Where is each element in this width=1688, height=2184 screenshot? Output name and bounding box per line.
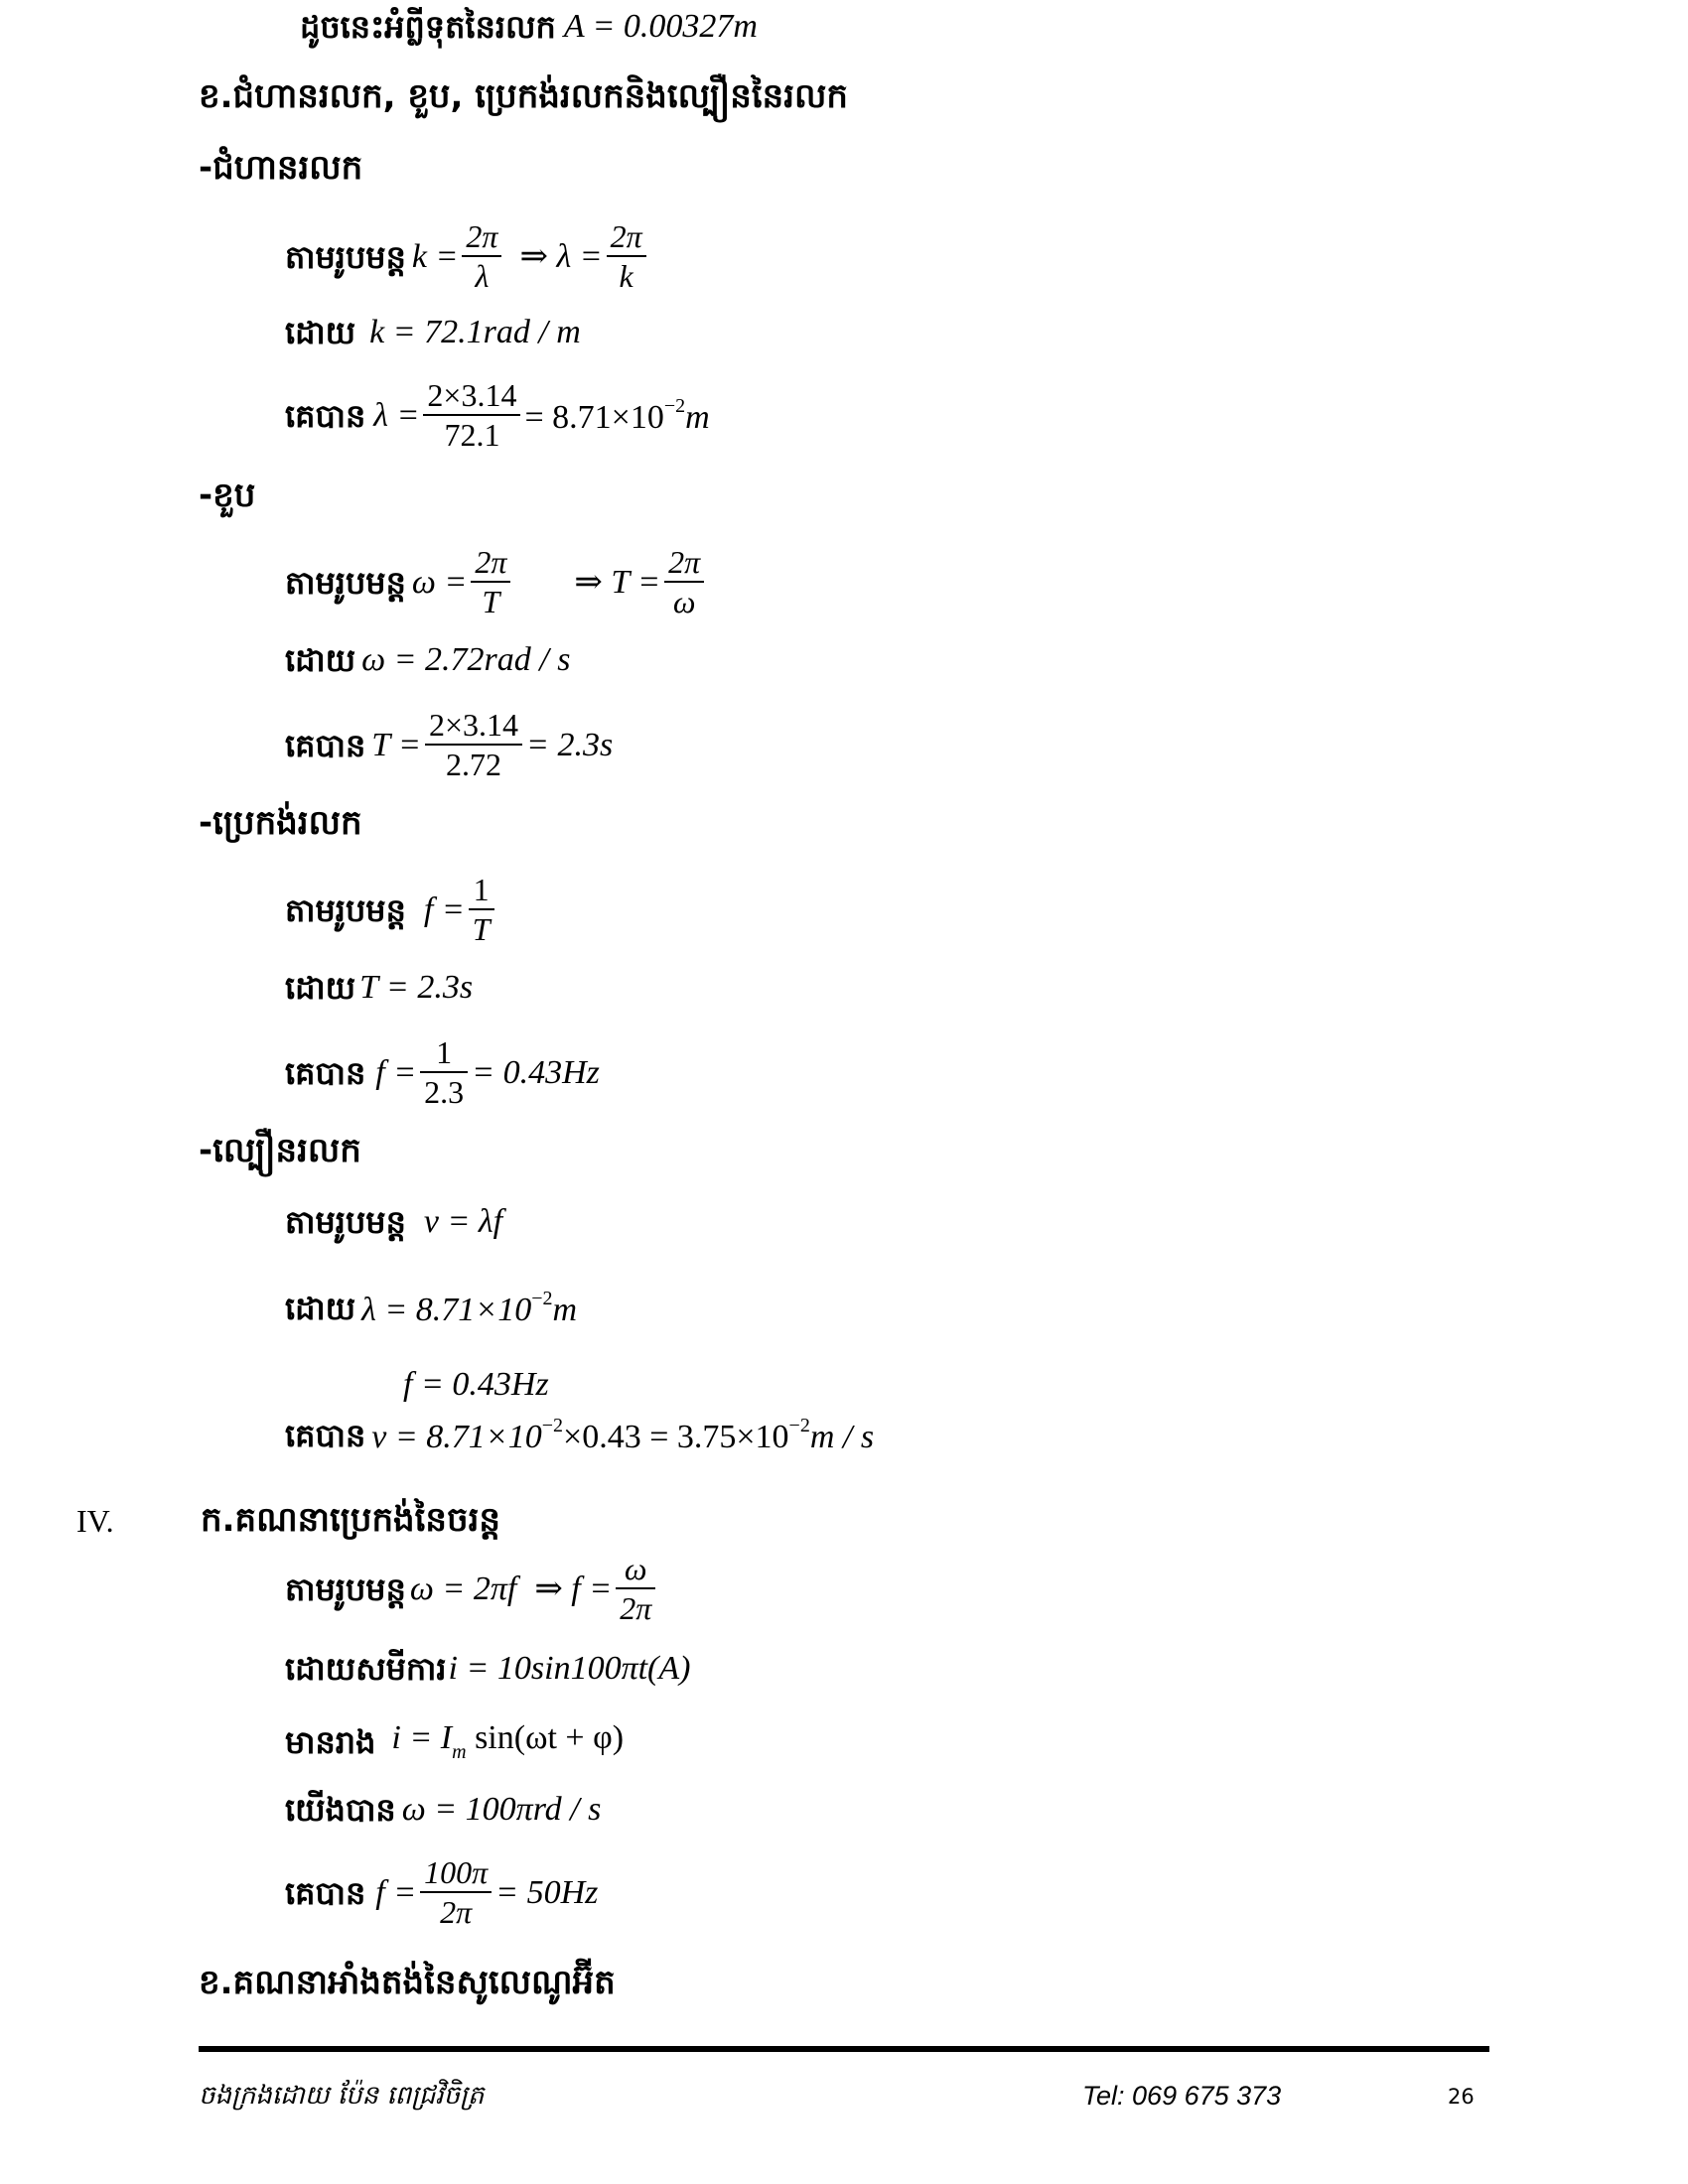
result-part: v = 8.71×10 [371,1419,541,1455]
fraction: 2πλ [462,218,501,295]
result-rhs: = 2.3s [526,729,613,762]
exponent: −2 [789,1415,810,1436]
equation-label: ដោយសមីការ [285,1653,447,1685]
formula-value: v = λf [424,1205,502,1239]
given-value: λ = 8.71×10 [361,1292,531,1328]
problem4-equation: ដោយសមីការ i = 10sin100πt(A) [285,1652,690,1686]
result-label: គេបាន [285,1877,365,1909]
speed-given-frequency: f = 0.43Hz [403,1368,549,1402]
problem4-heading-a: ក.គណនាប្រេកង់នៃចរន្ត [201,1503,500,1537]
problem4-heading-b: ខ.គណនាអាំងតង់នៃសូលេណូអ៊ីត [199,1966,616,1999]
form-part: i = I [391,1719,452,1756]
given-value: T = 2.3s [359,971,473,1005]
problem4-result: គេបាន f = 100π2π = 50Hz [285,1854,598,1931]
result-lhs: f = [375,1876,416,1910]
fraction: 2πω [664,544,704,620]
problem4-form: មានរាង i = Im sin(ωt + φ) [285,1721,624,1762]
result-rhs: = 0.43Hz [472,1056,600,1090]
frequency-heading: -ប្រេកង់រលក [199,806,362,840]
period-heading: -ខួប [199,478,255,512]
exponent: −2 [531,1288,552,1309]
given-label: ដោយ [285,317,355,348]
formula-lhs: k = [412,240,459,274]
wavelength-result: គេបាន λ = 2×3.1472.1 = 8.71×10−2m [285,377,710,454]
problem-number: IV. [76,1505,114,1537]
fraction: 100π2π [420,1854,492,1931]
formula-lhs: ω = [412,566,467,600]
result-lhs: λ = [373,399,419,433]
page-number: 26 [1448,2085,1475,2109]
wavelength-formula: តាមរូបមន្ត k = 2πλ ⇒ λ = 2πk [285,218,650,295]
fraction: 12.3 [420,1034,468,1111]
result-lhs: f = [375,1056,416,1090]
given-label: ដោយ [285,1293,355,1324]
period-result: គេបាន T = 2×3.142.72 = 2.3s [285,707,613,783]
fraction: 2×3.142.72 [425,707,522,783]
formula-arrow: ⇒ λ = [519,240,602,274]
exponent: −2 [664,395,685,417]
footer-divider [199,2046,1489,2052]
result-label: គេបាន [285,1420,365,1451]
formula-arrow: ⇒ T = [574,566,660,600]
fraction: 1T [469,872,494,948]
fraction: ω2π [616,1551,655,1627]
obtain-label: យើងបាន [285,1794,396,1826]
formula-label: តាមរូបមន្ត [285,1573,406,1605]
unit: m [553,1292,578,1328]
conclusion-text: ដូចនេះអំព្លីទុតនៃរលក [300,11,556,43]
formula-lhs: f = [424,893,465,927]
wavelength-given: ដោយ k = 72.1rad / m [285,316,581,349]
result-rhs: = 50Hz [495,1876,598,1910]
result-label: គេបាន [285,730,365,761]
result-label: គេបាន [285,1057,365,1089]
speed-heading: -ល្បឿនរលក [199,1134,361,1167]
given-value: ω = 2.72rad / s [361,643,570,677]
section-b-heading: ខ.ជំហានរលក, ខួប, ប្រេកង់រលកនិងល្បឿននៃរលក [199,79,848,113]
given-label: ដោយ [285,644,355,676]
speed-given: ដោយ λ = 8.71×10−2m [285,1289,577,1327]
period-given: ដោយ ω = 2.72rad / s [285,643,570,677]
formula-arrow: ⇒ f = [534,1572,612,1606]
given-value: k = 72.1rad / m [369,316,581,349]
frequency-result: គេបាន f = 12.3 = 0.43Hz [285,1034,600,1111]
form-part: sin(ωt + φ) [467,1719,624,1756]
formula-label: តាមរូបមន្ត [285,567,406,599]
period-formula: តាមរូបមន្ត ω = 2πT ⇒ T = 2πω [285,544,708,620]
unit: m / s [810,1419,874,1455]
frequency-formula: តាមរូបមន្ត f = 1T [285,872,498,948]
formula-label: តាមរូបមន្ត [285,894,406,926]
result-lhs: T = [371,729,421,762]
form-label: មានរាង [285,1726,375,1758]
footer-phone: Tel: 069 675 373 [1082,2081,1281,2112]
problem4-obtain: យើងបាន ω = 100πrd / s [285,1793,601,1827]
fraction: 2×3.1472.1 [423,377,520,454]
fraction: 2πT [471,544,510,620]
equation-value: i = 10sin100πt(A) [449,1652,691,1686]
speed-result: គេបាន v = 8.71×10−2×0.43 = 3.75×10−2m / … [285,1416,874,1454]
amplitude-value: A = 0.00327m [564,10,758,44]
result-label: គេបាន [285,400,365,432]
exponent: −2 [542,1415,563,1436]
result-part: ×0.43 = 3.75×10 [563,1419,789,1455]
fraction: 2πk [607,218,646,295]
obtain-value: ω = 100πrd / s [402,1793,602,1827]
wavelength-heading: -ជំហានរលក [199,151,362,185]
formula-label: តាមរូបមន្ត [285,1206,406,1238]
speed-formula: តាមរូបមន្ត v = λf [285,1205,502,1239]
footer-author: ចងក្រងដោយ ប៉ែន ពេជ្រវិចិត្រ [199,2079,484,2116]
unit: m [685,399,710,436]
given-label: ដោយ [285,972,355,1004]
problem4-formula: តាមរូបមន្ត ω = 2πf ⇒ f = ω2π [285,1551,659,1627]
result-rhs: = 8.71×10 [524,399,663,436]
formula-lhs: ω = 2πf [410,1572,516,1606]
frequency-given: ដោយ T = 2.3s [285,971,473,1005]
conclusion-line: ដូចនេះអំព្លីទុតនៃរលក A = 0.00327m [300,10,758,44]
formula-label: តាមរូបមន្ត [285,241,406,273]
subscript: m [452,1741,466,1763]
